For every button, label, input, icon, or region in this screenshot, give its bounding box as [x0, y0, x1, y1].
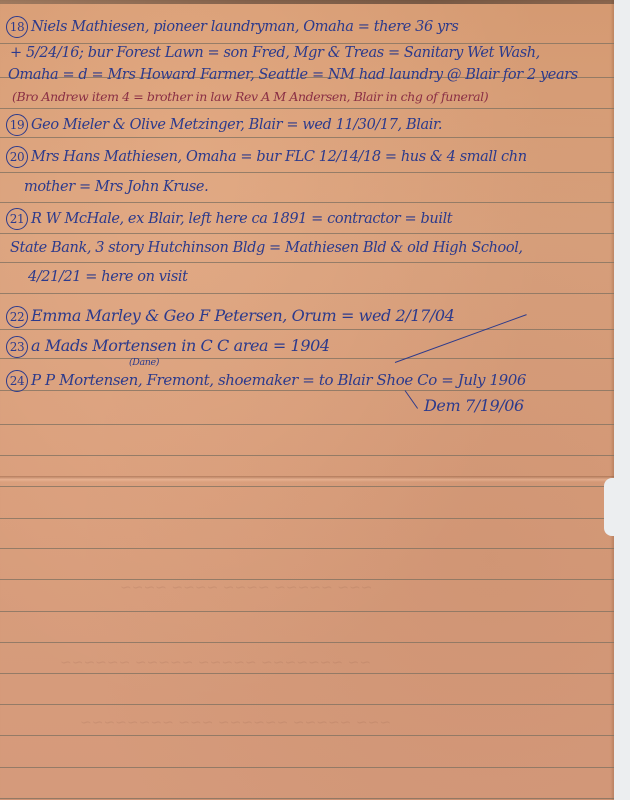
paper-fold-crease: [0, 476, 614, 482]
entry-text: P P Mortensen, Fremont, shoemaker = to B…: [31, 371, 526, 389]
ruled-line: [0, 329, 614, 330]
ruled-line: [0, 233, 614, 234]
ruled-line: [0, 673, 614, 674]
ruled-line: [0, 518, 614, 519]
entry-number-circle: 23: [6, 336, 28, 358]
entry-text: Niels Mathiesen, pioneer laundryman, Oma…: [31, 19, 458, 35]
entry-24-annotation-below: Dem 7/19/06: [424, 398, 524, 414]
ruled-line: [0, 358, 614, 359]
top-edge-shadow: [0, 0, 614, 4]
entry-21-line-3: 4/21/21 = here on visit: [28, 270, 188, 285]
entry-24-line-1: 24P P Mortensen, Fremont, shoemaker = to…: [6, 370, 526, 392]
entry-number-circle: 18: [6, 16, 28, 38]
ruled-line: [0, 798, 614, 799]
entry-number-circle: 19: [6, 114, 28, 136]
ruled-line: [0, 262, 614, 263]
ruled-line: [0, 704, 614, 705]
ruled-line: [0, 137, 614, 138]
entry-number-circle: 24: [6, 370, 28, 392]
entry-text: mother = Mrs John Kruse.: [24, 179, 208, 195]
entry-21-line-2: State Bank, 3 story Hutchinson Bldg = Ma…: [10, 241, 523, 256]
ruled-line: [0, 486, 614, 487]
entry-text: Emma Marley & Geo F Petersen, Orum = wed…: [31, 306, 454, 325]
ruled-line: [0, 293, 614, 294]
entry-24-annotation-above: (Dane): [129, 358, 159, 368]
entry-21-line-1: 21R W McHale, ex Blair, left here ca 189…: [6, 208, 452, 230]
ruled-line: [0, 108, 614, 109]
ruled-line: [0, 548, 614, 549]
torn-edge-notch: [604, 478, 618, 536]
entry-23-line-1: 23a Mads Mortensen in C C area = 1904: [6, 336, 330, 358]
entry-18-line-3: Omaha = d = Mrs Howard Farmer, Seattle =…: [8, 68, 578, 83]
entry-22-line-1: 22Emma Marley & Geo F Petersen, Orum = w…: [6, 306, 454, 328]
bleed-through-text: ~~ ~~~~~~~ ~~~~~ ~~~~~ ~~~~~~: [60, 655, 371, 671]
entry-text: Omaha = d = Mrs Howard Farmer, Seattle =…: [8, 67, 578, 83]
entry-18-line-2: + 5/24/16; bur Forest Lawn = son Fred, M…: [10, 46, 540, 61]
annotation-text: (Bro Andrew item 4 = brother in law Rev …: [12, 89, 488, 104]
entry-text: Mrs Hans Mathiesen, Omaha = bur FLC 12/1…: [31, 149, 527, 165]
entry-20-line-1: 20Mrs Hans Mathiesen, Omaha = bur FLC 12…: [6, 146, 527, 168]
bleed-through-text: ~~~ ~~~~~ ~~~~ ~~~~ ~~~~: [120, 580, 372, 596]
ruled-line: [0, 424, 614, 425]
ruled-line: [0, 735, 614, 736]
entry-number-circle: 20: [6, 146, 28, 168]
pen-stroke: [405, 390, 418, 409]
entry-text: R W McHale, ex Blair, left here ca 1891 …: [31, 211, 452, 227]
bleed-through-text: ~~~ ~~~~~ ~~~~~~ ~~~ ~~~~~~~~: [80, 715, 391, 731]
entry-19-line-1: 19Geo Mieler & Olive Metzinger, Blair = …: [6, 114, 442, 136]
entry-18-line-1: 18Niels Mathiesen, pioneer laundryman, O…: [6, 16, 458, 38]
ruled-line: [0, 172, 614, 173]
entry-text: Geo Mieler & Olive Metzinger, Blair = we…: [31, 117, 442, 133]
entry-18-red-annotation: (Bro Andrew item 4 = brother in law Rev …: [12, 91, 488, 104]
entry-number-circle: 21: [6, 208, 28, 230]
entry-number-circle: 22: [6, 306, 28, 328]
ruled-line: [0, 767, 614, 768]
entry-text: State Bank, 3 story Hutchinson Bldg = Ma…: [10, 240, 523, 256]
ledger-paper: ~~~ ~~~~~ ~~~~ ~~~~ ~~~~ ~~ ~~~~~~~ ~~~~…: [0, 0, 614, 800]
ruled-line: [0, 455, 614, 456]
ruled-line: [0, 202, 614, 203]
entry-text: a Mads Mortensen in C C area = 1904: [31, 336, 330, 355]
ruled-line: [0, 642, 614, 643]
ruled-line: [0, 611, 614, 612]
entry-text: 4/21/21 = here on visit: [28, 269, 188, 285]
entry-20-line-2: mother = Mrs John Kruse.: [24, 180, 208, 195]
ruled-line: [0, 43, 614, 44]
entry-text: + 5/24/16; bur Forest Lawn = son Fred, M…: [10, 45, 540, 61]
